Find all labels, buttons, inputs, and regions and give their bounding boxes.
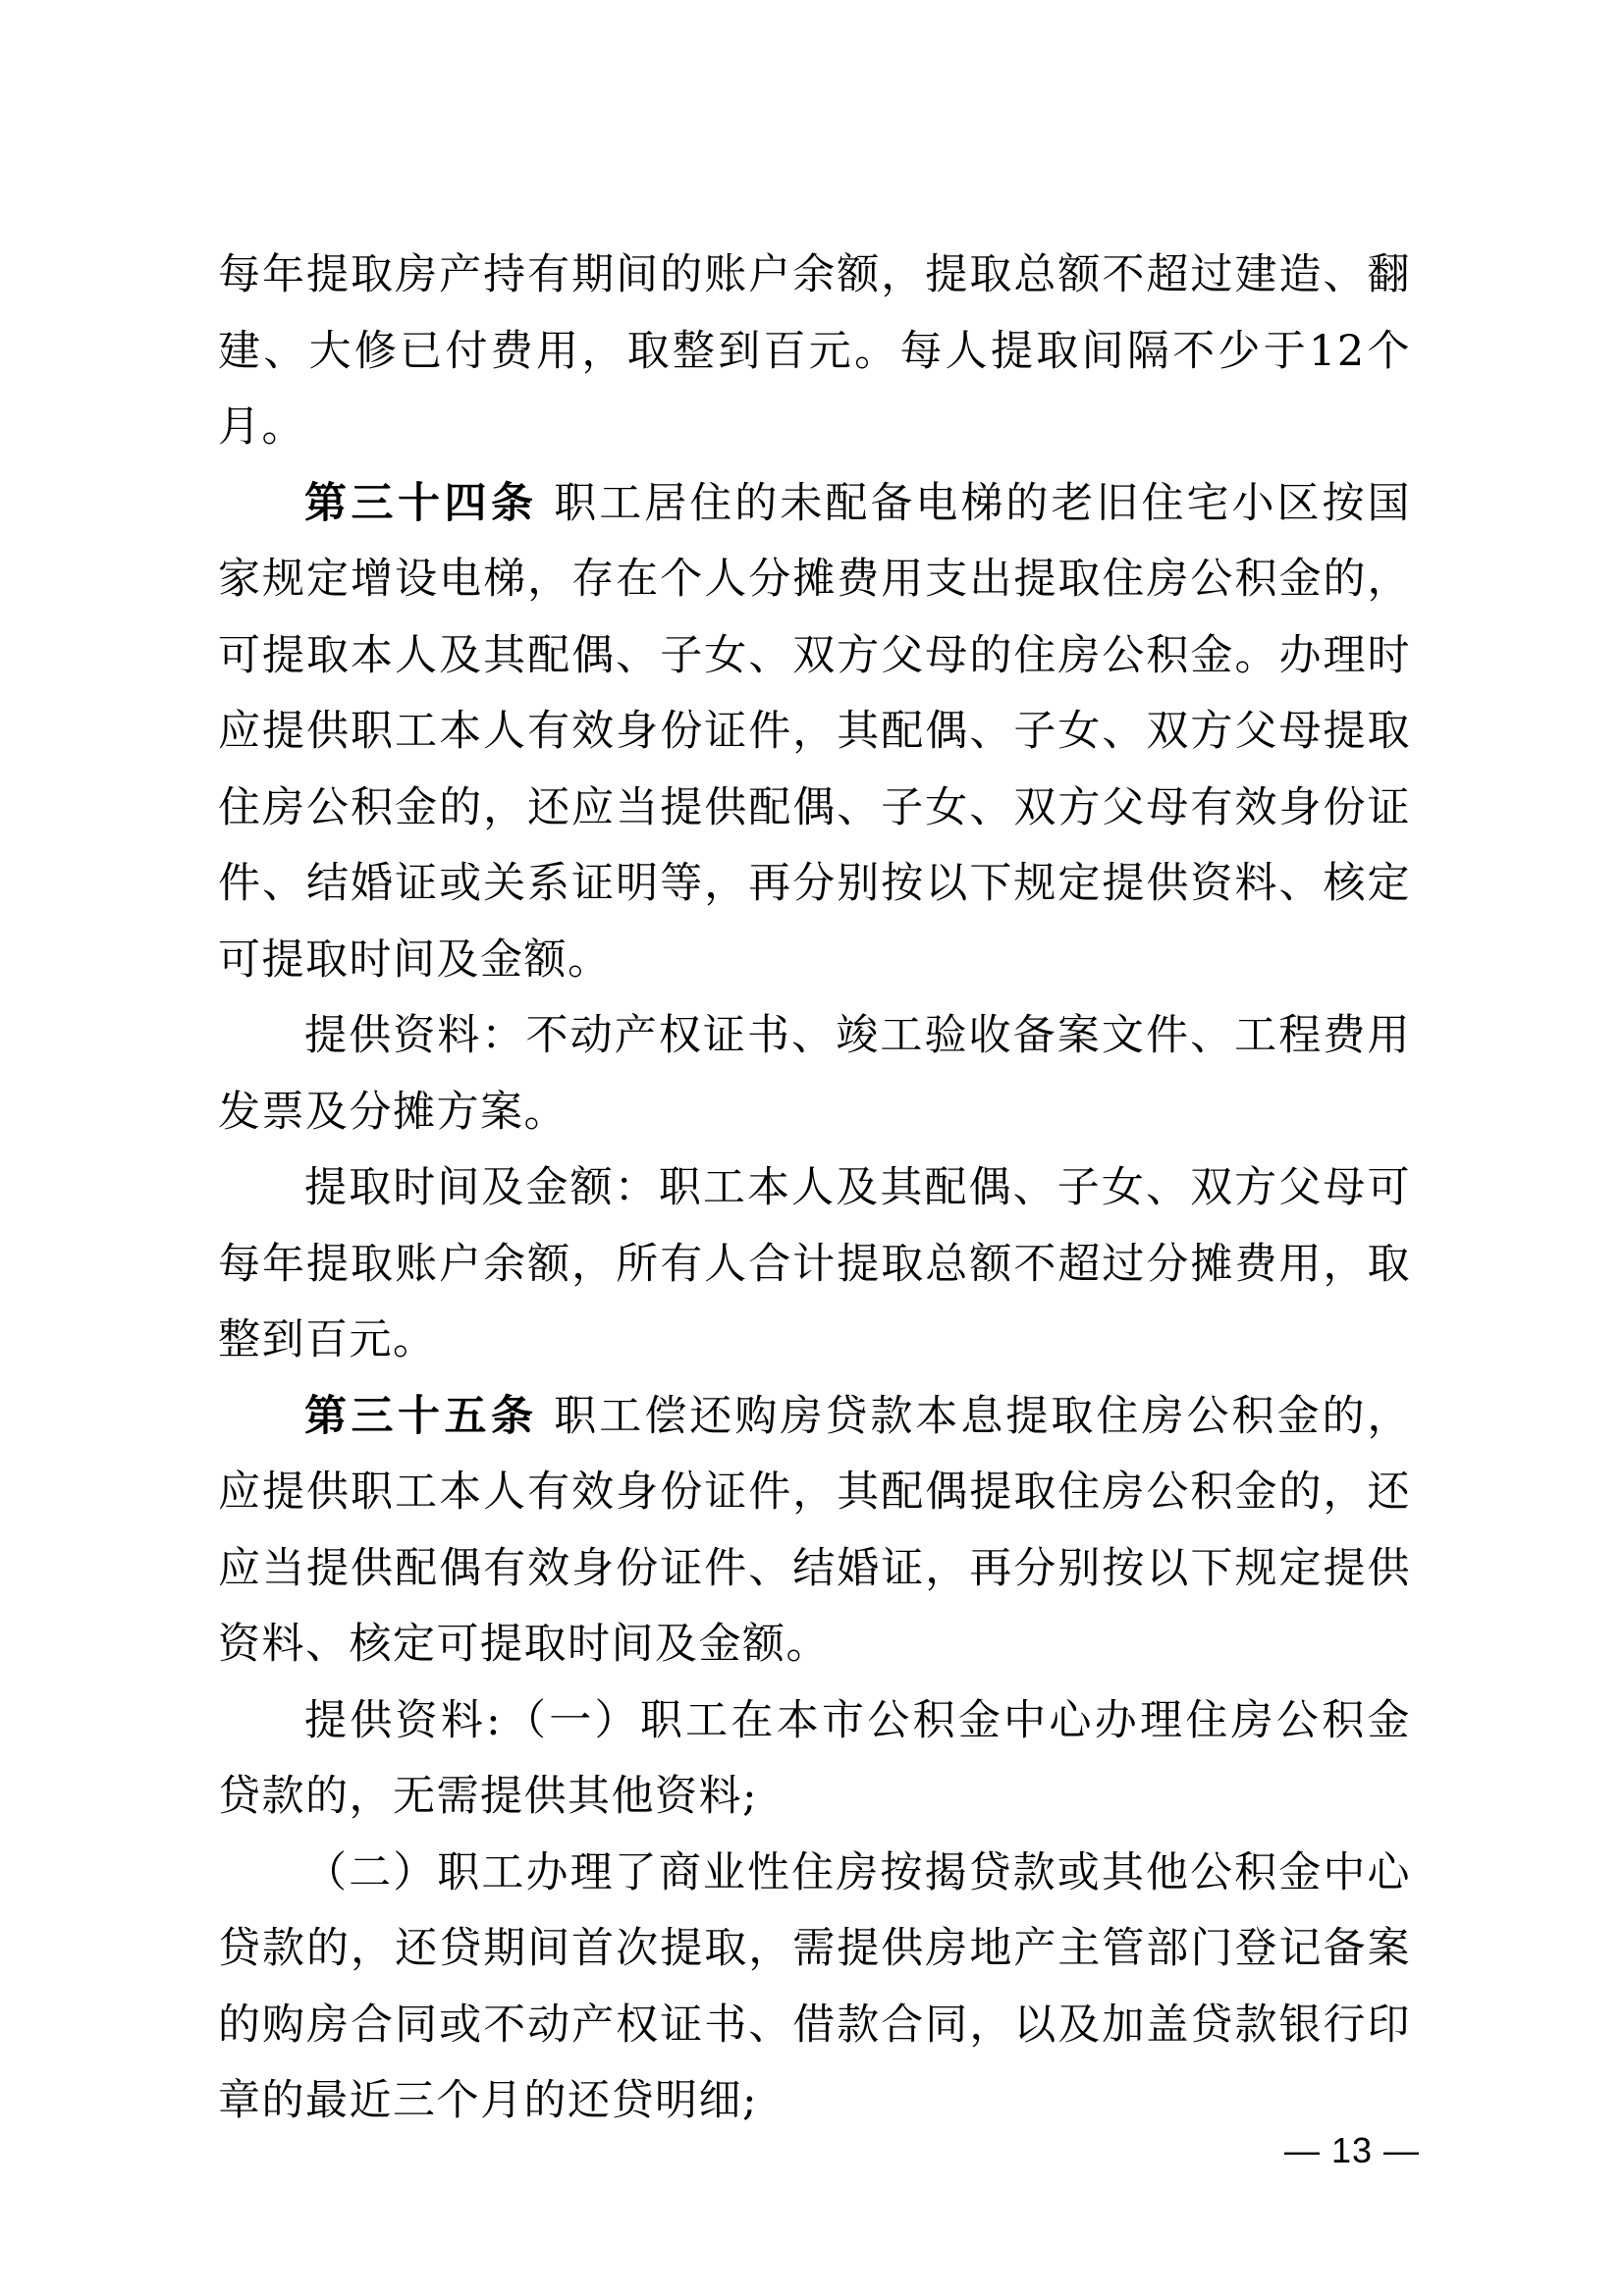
article-label-gap xyxy=(538,479,555,528)
article-label-gap xyxy=(538,1392,555,1441)
paragraph-text: （二）职工办理了商业性住房按揭贷款或其他公积金中心贷款的，还贷期间首次提取，需提… xyxy=(218,1848,1411,2126)
paragraph-text: 提取时间及金额：职工本人及其配偶、子女、双方父母可每年提取账户余额，所有人合计提… xyxy=(218,1163,1411,1364)
paragraph-text: 提供资料：不动产权证书、竣工验收备案文件、工程费用发票及分摊方案。 xyxy=(218,1011,1411,1137)
article-35-label: 第三十五条 xyxy=(304,1392,538,1441)
paragraph-text: 提供资料:（一）职工在本市公积金中心办理住房公积金贷款的，无需提供其他资料; xyxy=(218,1696,1411,1822)
article-34-label: 第三十四条 xyxy=(304,479,538,528)
paragraph-article-34-materials: 提供资料：不动产权证书、竣工验收备案文件、工程费用发票及分摊方案。 xyxy=(218,998,1411,1150)
document-page: 每年提取房产持有期间的账户余额，提取总额不超过建造、翻建、大修已付费用，取整到百… xyxy=(218,238,1411,2140)
paragraph-article-35: 第三十五条 职工偿还购房贷款本息提取住房公积金的，应提供职工本人有效身份证件，其… xyxy=(218,1379,1411,1683)
paragraph-continuation: 每年提取房产持有期间的账户余额，提取总额不超过建造、翻建、大修已付费用，取整到百… xyxy=(218,238,1411,466)
paragraph-article-35-materials-1: 提供资料:（一）职工在本市公积金中心办理住房公积金贷款的，无需提供其他资料; xyxy=(218,1683,1411,1836)
paragraph-text: 每年提取房产持有期间的账户余额，提取总额不超过建造、翻建、大修已付费用，取整到百… xyxy=(218,250,1411,452)
paragraph-article-34: 第三十四条 职工居住的未配备电梯的老旧住宅小区按国家规定增设电梯，存在个人分摊费… xyxy=(218,466,1411,999)
paragraph-text: 职工居住的未配备电梯的老旧住宅小区按国家规定增设电梯，存在个人分摊费用支出提取住… xyxy=(218,479,1411,985)
page-number: — 13 — xyxy=(1284,2130,1420,2171)
paragraph-article-35-materials-2: （二）职工办理了商业性住房按揭贷款或其他公积金中心贷款的，还贷期间首次提取，需提… xyxy=(218,1836,1411,2140)
paragraph-article-34-time-amount: 提取时间及金额：职工本人及其配偶、子女、双方父母可每年提取账户余额，所有人合计提… xyxy=(218,1150,1411,1379)
